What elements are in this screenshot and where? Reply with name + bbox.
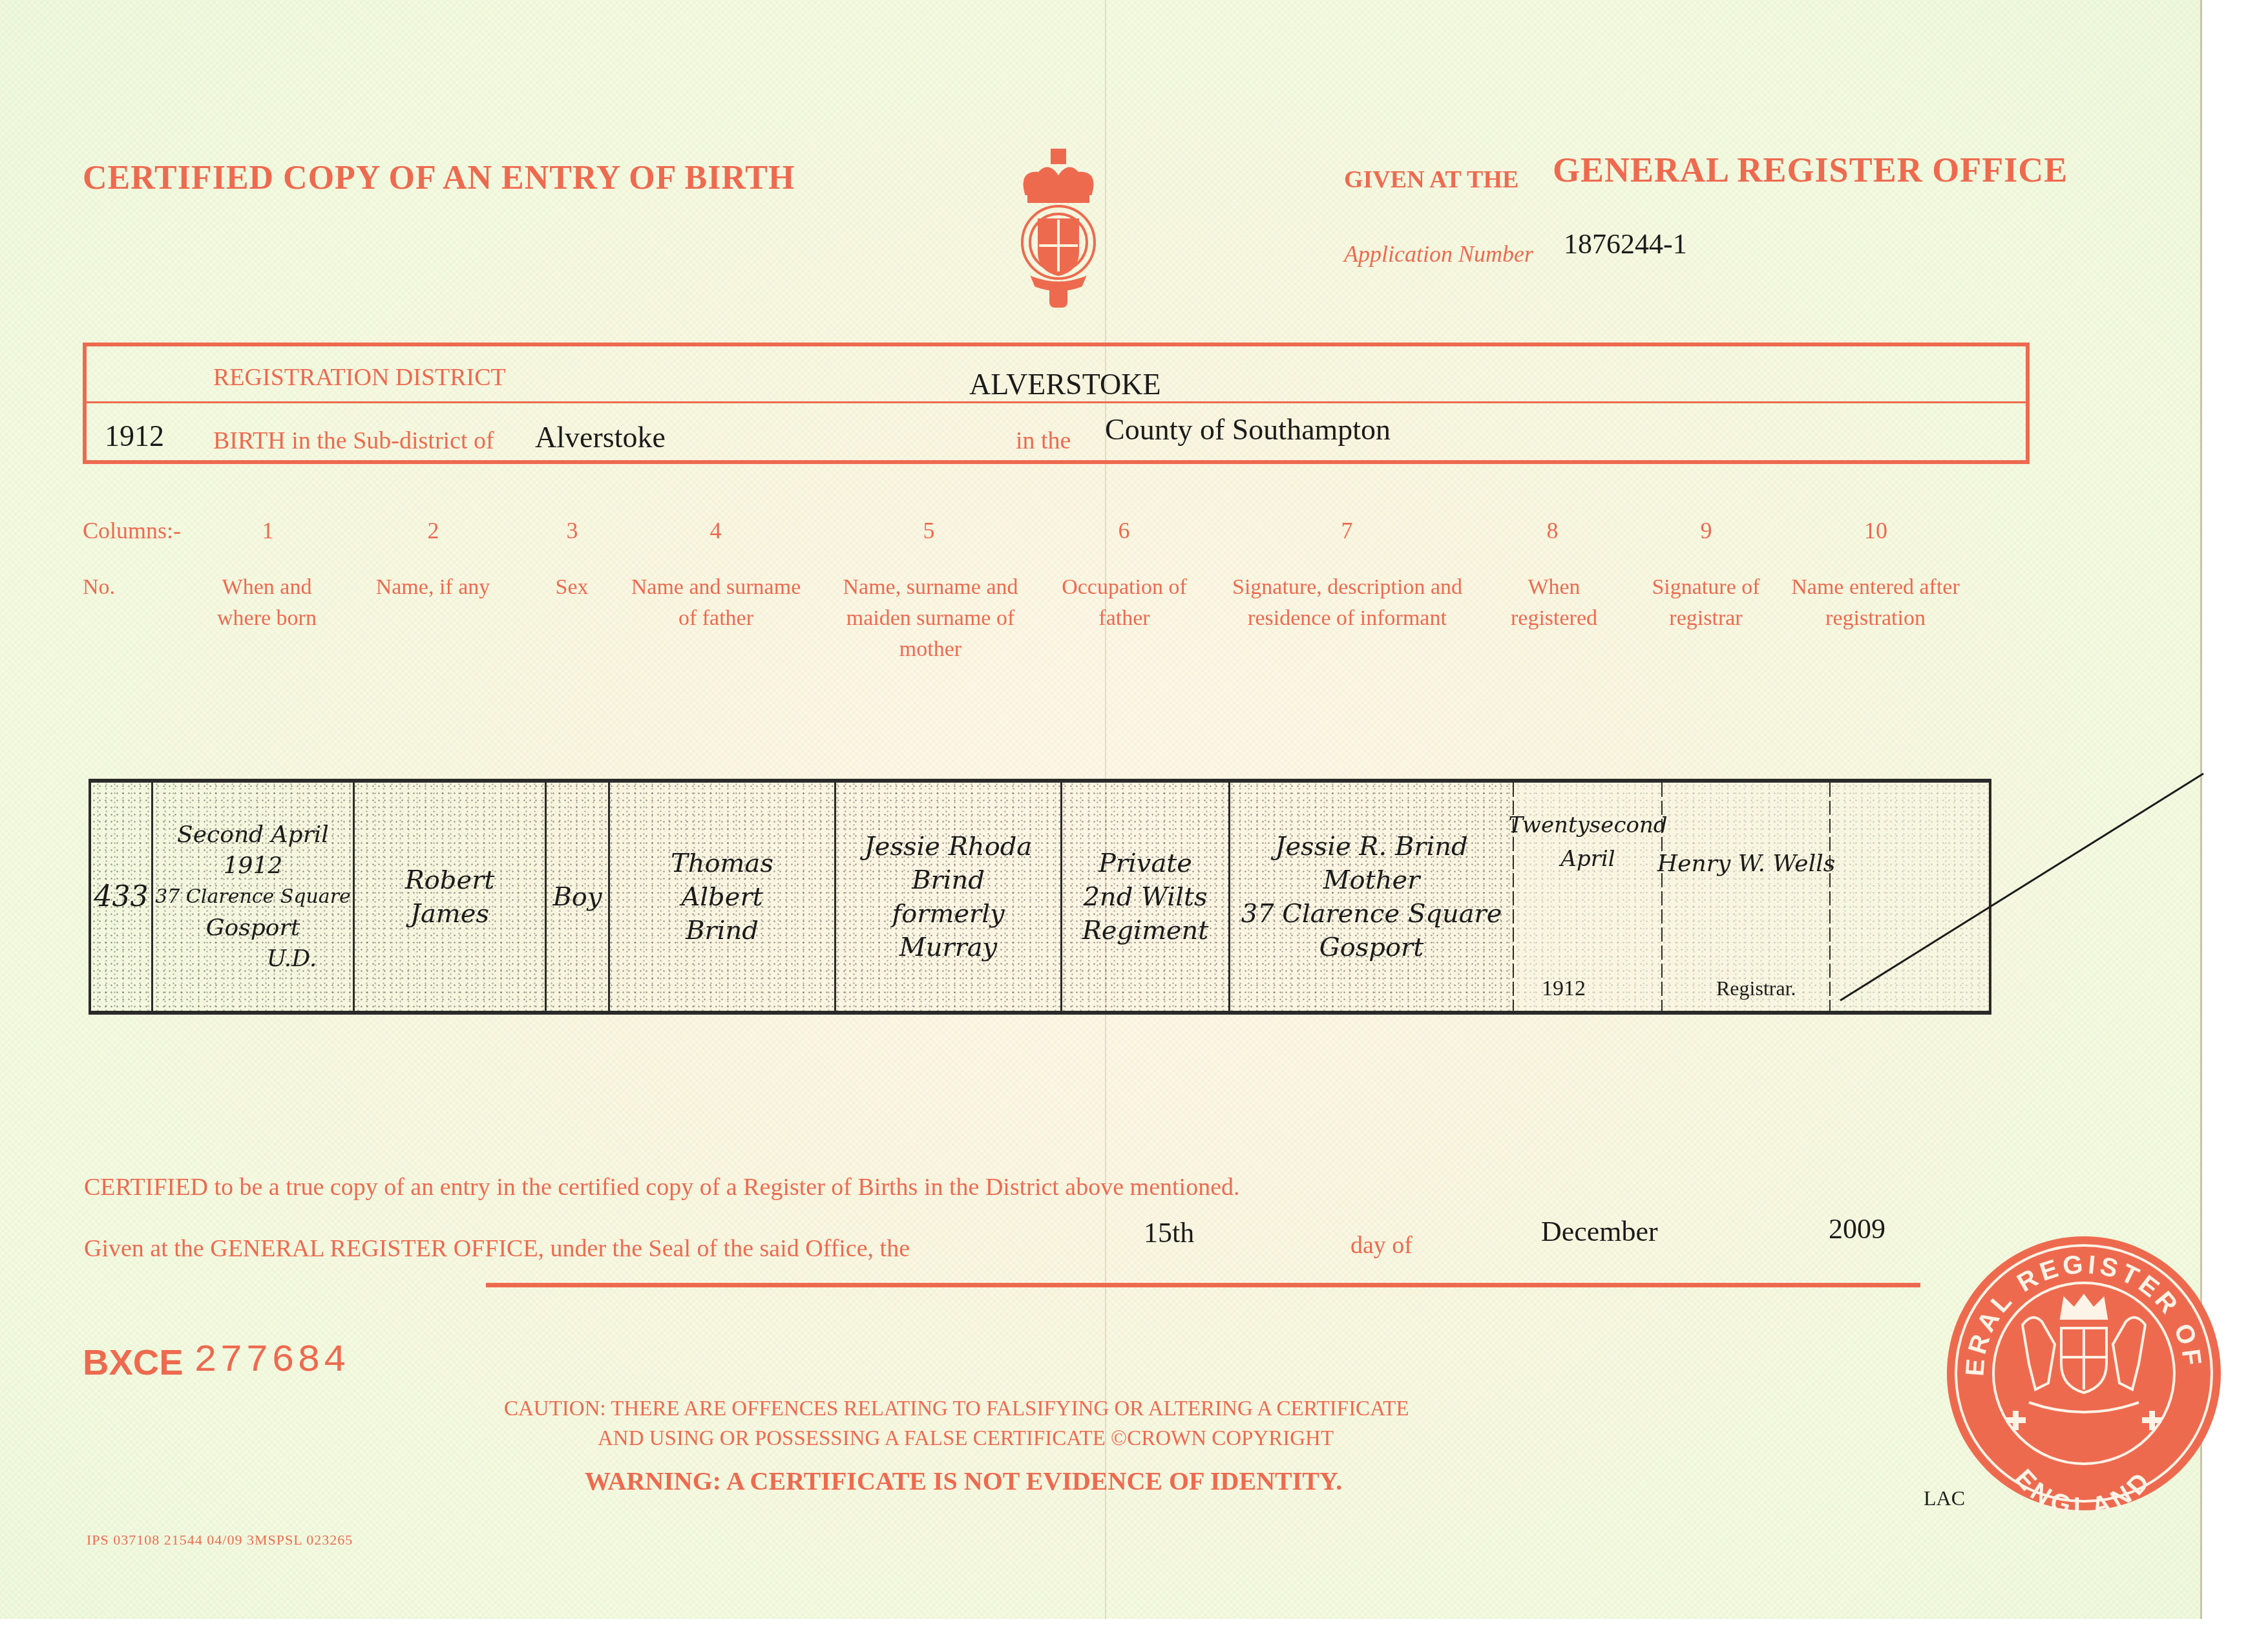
- birth-address: 37 Clarence Square: [155, 882, 351, 913]
- application-number: 1876244-1: [1564, 227, 1687, 260]
- occupation-unit: 2nd Wilts: [1083, 880, 1207, 914]
- child-first-name: Robert: [405, 863, 495, 897]
- column-label-mother: Name, surname and maiden surname of moth…: [830, 572, 1031, 665]
- serial-number: 277684: [194, 1339, 349, 1383]
- column-label-sex: Sex: [543, 572, 601, 603]
- certificate-paper: CERTIFIED COPY OF AN ENTRY OF BIRTH GIVE…: [0, 0, 2202, 1619]
- entry-name-after-registration: [1831, 789, 1989, 1004]
- given-at-label: GIVEN AT THE: [1344, 165, 1518, 194]
- column-label-when-registered: When registered: [1506, 572, 1602, 634]
- mother-maiden-name: Murray: [899, 931, 997, 964]
- entry-number-value: 433: [94, 880, 149, 914]
- print-code: IPS 037108 21544 04/09 3MSPSL 023265: [87, 1532, 353, 1548]
- column-number-9: 9: [1692, 517, 1721, 544]
- general-register-office-seal-icon: GENERAL REGISTER OFFICE ENGLAND: [1945, 1234, 2223, 1512]
- entry-informant: Jessie R. Brind Mother 37 Clarence Squar…: [1230, 789, 1513, 1004]
- registration-district-label: REGISTRATION DISTRICT: [213, 363, 506, 392]
- signature-rule: [486, 1283, 1920, 1287]
- column-number-5: 5: [914, 517, 943, 544]
- certification-year: 2009: [1829, 1212, 1885, 1245]
- given-at-statement: Given at the GENERAL REGISTER OFFICE, un…: [84, 1234, 910, 1263]
- certification-day: 15th: [1144, 1216, 1194, 1249]
- certification-month: December: [1541, 1215, 1658, 1248]
- office-name: GENERAL REGISTER OFFICE: [1553, 150, 2068, 190]
- day-of-label: day of: [1350, 1231, 1412, 1260]
- column-label-informant: Signature, description and residence of …: [1218, 572, 1476, 634]
- entry-when-registered: Twentysecond April: [1515, 789, 1661, 1004]
- occupation-regiment: Regiment: [1082, 914, 1209, 947]
- column-number-10: 10: [1856, 517, 1895, 544]
- column-number-4: 4: [701, 517, 730, 544]
- informant-town: Gosport: [1319, 931, 1423, 964]
- entry-name: Robert James: [355, 789, 545, 1004]
- registrar-signature: Henry W. Wells: [1657, 847, 1835, 881]
- registrar-label: Registrar.: [1716, 977, 1796, 1000]
- register-entry-table: 433 Second April 1912 37 Clarence Square…: [89, 779, 1991, 1015]
- serial-prefix: BXCE: [83, 1341, 184, 1383]
- birth-town: Gosport: [206, 913, 300, 944]
- birth-date: Second April: [177, 819, 329, 850]
- entry-registrar-signature: Henry W. Wells: [1663, 789, 1829, 1004]
- column-number-2: 2: [419, 517, 448, 544]
- column-number-8: 8: [1538, 517, 1567, 544]
- child-middle-name: James: [410, 897, 489, 931]
- column-label-when-where-born: When and where born: [205, 572, 328, 634]
- column-number-1: 1: [253, 517, 282, 544]
- father-first-name: Thomas: [671, 847, 773, 880]
- registration-year: 1912: [105, 419, 164, 453]
- column-number-7: 7: [1332, 517, 1361, 544]
- royal-crest-icon: [1013, 149, 1104, 310]
- column-label-occupation: Occupation of father: [1060, 572, 1189, 634]
- informant-description: Mother: [1323, 863, 1420, 897]
- column-label-no: No.: [83, 572, 134, 603]
- informant-address: 37 Clarence Square: [1241, 897, 1502, 931]
- mother-names: Jessie Rhoda: [865, 830, 1032, 863]
- column-label-father: Name and surname of father: [622, 572, 810, 634]
- county-value: County of Southampton: [1105, 412, 1391, 447]
- birth-year: 1912: [224, 850, 283, 882]
- columns-prefix: Columns:-: [83, 517, 181, 544]
- occupation-rank: Private: [1098, 847, 1192, 880]
- caution-line-1: CAUTION: THERE ARE OFFENCES RELATING TO …: [504, 1397, 1409, 1421]
- subdistrict-label: BIRTH in the Sub-district of: [213, 427, 494, 455]
- subdistrict-value: Alverstoke: [535, 420, 666, 454]
- entry-number: 433: [91, 789, 151, 1004]
- entry-when-where-born: Second April 1912 37 Clarence Square Gos…: [153, 789, 353, 1004]
- county-label: in the: [1016, 427, 1071, 455]
- certificate-title: CERTIFIED COPY OF AN ENTRY OF BIRTH: [83, 159, 795, 197]
- application-number-label: Application Number: [1344, 240, 1533, 268]
- registered-year: 1912: [1542, 977, 1586, 1001]
- column-number-6: 6: [1109, 517, 1139, 544]
- mother-surname: Brind: [912, 863, 985, 897]
- column-label-name-after-registration: Name entered after registration: [1790, 572, 1961, 634]
- birth-district-suffix: U.D.: [189, 944, 317, 975]
- identity-warning: WARNING: A CERTIFICATE IS NOT EVIDENCE O…: [585, 1466, 1342, 1496]
- entry-mother: Jessie Rhoda Brind formerly Murray: [836, 789, 1060, 1004]
- certification-statement: CERTIFIED to be a true copy of an entry …: [84, 1173, 1240, 1201]
- informant-signature: Jessie R. Brind: [1275, 830, 1467, 863]
- registration-district-value: ALVERSTOKE: [969, 367, 1160, 401]
- caution-line-2: AND USING OR POSSESSING A FALSE CERTIFIC…: [598, 1427, 1334, 1451]
- column-number-3: 3: [558, 517, 587, 544]
- entry-sex: Boy: [547, 789, 608, 1004]
- entry-occupation: Private 2nd Wilts Regiment: [1062, 789, 1228, 1004]
- registered-month: April: [1560, 842, 1615, 876]
- child-sex: Boy: [552, 880, 602, 914]
- registered-day: Twentysecond: [1508, 808, 1667, 842]
- column-label-name: Name, if any: [362, 572, 504, 603]
- father-surname: Brind: [686, 914, 759, 947]
- column-divider: [1829, 783, 1831, 1011]
- entry-father: Thomas Albert Brind: [610, 789, 834, 1004]
- father-middle-name: Albert: [681, 880, 762, 914]
- district-divider: [87, 401, 2026, 403]
- column-label-registrar-signature: Signature of registrar: [1644, 572, 1767, 634]
- mother-formerly: formerly: [892, 897, 1004, 931]
